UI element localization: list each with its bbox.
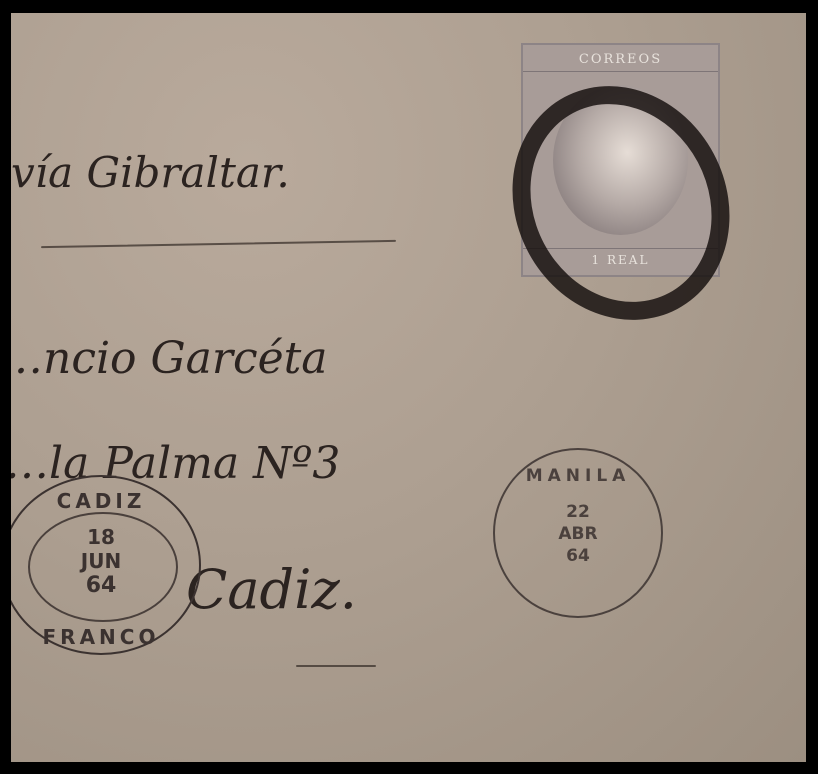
cadiz-postmark-franco: FRANCO <box>11 625 199 649</box>
cadiz-postmark-town: CADIZ <box>11 489 199 513</box>
addressee-street: …la Palma Nº3 <box>11 438 340 489</box>
stamp-top-label: CORREOS <box>523 49 718 72</box>
city-underline <box>296 665 376 667</box>
cadiz-postmark: CADIZ 18 JUN 64 FRANCO <box>11 475 201 655</box>
manila-postmark-town: MANILA <box>495 466 661 486</box>
oval-cancel-mark <box>472 48 770 358</box>
addressee-name: …ncio Garcéta <box>11 333 328 384</box>
addressee-city: Cadiz. <box>186 558 357 621</box>
manila-postmark-day: 22 <box>495 502 661 522</box>
envelope-paper: vía Gibraltar. …ncio Garcéta …la Palma N… <box>11 13 806 762</box>
manila-postmark-year: 64 <box>495 546 661 566</box>
manila-postmark-month: ABR <box>495 524 661 544</box>
manila-postmark: MANILA 22 ABR 64 <box>493 448 663 618</box>
cadiz-postmark-year: 64 <box>11 573 199 598</box>
routing-underline <box>41 240 396 248</box>
cadiz-postmark-month: JUN <box>11 549 199 573</box>
routing-text: vía Gibraltar. <box>11 148 290 197</box>
cadiz-postmark-day: 18 <box>11 525 199 549</box>
